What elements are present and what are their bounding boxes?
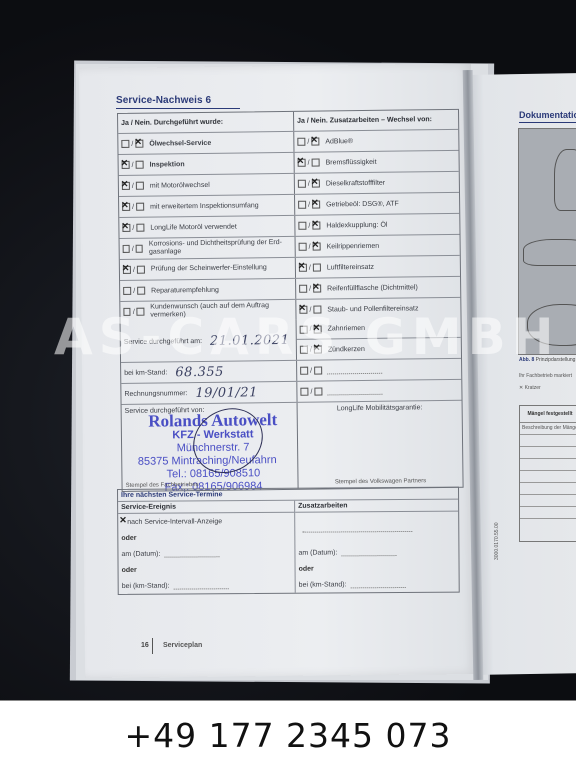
additional-item-label: Keilrippenriemen [327,242,380,250]
defects-table: Mängel festgestellt Beschreibung der Män… [519,405,576,542]
partner-stamp-footer: Stempel des Volkswagen Partners [335,478,426,485]
service-item: /Prüfung der Scheinwerfer-Einstellung [120,258,296,280]
service-item-label: mit erweitertem Inspektionsumfang [150,202,259,210]
additional-item-label: Bremsflüssigkeit [326,158,377,166]
additional-item-label: Luftfiltereinsatz [327,263,374,271]
additional-item-label: Reifenfüllflasche (Dichtmittel) [327,284,418,292]
partner-stamp-area: LongLife Mobilitätsgarantie: Stempel des… [298,401,463,489]
right-text: Ihr Fachbetrieb markiert [519,373,572,379]
service-item-label: mit Motorölwechsel [150,181,210,189]
service-item: /LongLife Motoröl verwendet [119,216,295,238]
checkbox[interactable] [136,182,144,190]
additional-work-column: Zusatzarbeiten am (Datum): oder bei (km-… [295,500,459,593]
right-title-underline [519,122,576,123]
additional-item-label: AdBlue® [325,138,353,145]
checkbox[interactable] [311,138,319,146]
additional-item-label: Haldexkupplung: Öl [326,221,387,229]
checkbox[interactable] [123,266,131,274]
section-name: Serviceplan [163,642,202,649]
checkbox[interactable] [136,245,143,253]
title-underline [116,108,240,109]
checkbox[interactable] [297,138,305,146]
service-item: /mit erweitertem Inspektionsumfang [119,195,295,217]
page-number: 16 [141,642,149,649]
header-left: Ja / Nein. Durchgeführt wurde: [118,112,294,133]
checkbox[interactable] [122,161,130,169]
interval-option: nach Service-Intervall-Anzeige [118,513,294,530]
car-side-icon [523,239,576,266]
km-value: 68.355 [175,364,224,380]
km-line: bei (km-Stand): [296,576,459,593]
date-line: am (Datum): [295,544,458,561]
service-item: /Korrosions- und Dichtheitsprüfung der E… [120,237,296,259]
phone-number[interactable]: +49 177 2345 073 [124,716,451,755]
invoice-cell: Rechnungsnummer: 19/01/21 [121,382,297,404]
footer-divider [152,638,153,654]
checkbox[interactable] [313,243,321,251]
header-right: Ja / Nein. Zusatzarbeiten – Wechsel von: [294,110,458,131]
checkbox[interactable] [122,182,130,190]
service-form: Ja / Nein. Durchgeführt wurde: Ja / Nein… [117,109,464,492]
or-label: oder [118,529,294,546]
page-title: Service-Nachweis 6 [116,95,211,106]
invoice-value: 19/01/21 [195,385,258,401]
km-label: bei km-Stand: [124,369,167,377]
car-front-icon [554,149,576,211]
or-label: oder [119,561,295,578]
additional-work-header: Zusatzarbeiten [295,500,458,513]
checkbox[interactable] [135,140,143,148]
service-item: /Inspektion [119,153,295,175]
checkbox[interactable] [298,222,306,230]
checkbox[interactable] [123,245,130,253]
checkbox[interactable] [299,243,307,251]
service-item-label: Reparaturempfehlung [151,286,219,294]
service-item-label: Korrosions- und Dichtheitsprüfung der Er… [149,239,292,257]
service-event-column: Service-Ereignis nach Service-Intervall-… [118,501,296,594]
checkbox[interactable] [123,287,131,295]
checkbox[interactable] [136,203,144,211]
document-photo: Service-Nachweis 6 Ja / Nein. Durchgefüh… [0,0,576,700]
checkbox[interactable] [299,264,307,272]
service-item-label: Inspektion [150,161,185,168]
additional-item: /Bremsflüssigkeit [294,151,458,173]
additional-item-label: Dieselkraftstofffilter [326,179,385,187]
service-item: /Ölwechsel-Service [118,132,294,154]
checkbox[interactable] [136,161,144,169]
mobility-label: LongLife Mobilitätsgarantie: [337,404,423,412]
additional-item-label: Getriebeöl: DSG®, ATF [326,200,399,208]
watermark: AS-CARS GMBH [54,308,560,366]
service-item-label: Prüfung der Scheinwerfer-Einstellung [151,264,267,273]
additional-item: /Dieselkraftstofffilter [295,172,459,194]
checkbox[interactable] [312,222,320,230]
service-item-label: Ölwechsel-Service [149,139,211,147]
checkbox[interactable] [136,224,144,232]
checkbox[interactable] [298,180,306,188]
workshop-stamp-area: Service durchgeführt von: Rolands Autowe… [122,403,299,491]
scratch-legend: ✕ Kratzer [519,385,541,391]
stamp-row: Service durchgeführt von: Rolands Autowe… [122,401,463,491]
checkbox[interactable] [298,201,306,209]
checkbox[interactable] [313,285,321,293]
extra-blank-item: / [297,380,461,402]
blank-line [295,512,458,545]
checkbox[interactable] [312,159,320,167]
service-item: /Reparaturempfehlung [120,279,296,301]
document-number: 3000.0170.55.00 [494,522,500,560]
checkbox[interactable] [313,264,321,272]
checkbox[interactable] [121,140,129,148]
service-item: /mit Motorölwechsel [119,174,295,196]
defects-header: Mängel festgestellt [520,406,576,423]
checkbox[interactable] [122,203,130,211]
date-line: am (Datum): [118,545,294,562]
phone-banner: +49 177 2345 073 [0,700,576,768]
additional-item: /Keilrippenriemen [296,235,460,257]
checkbox[interactable] [312,201,320,209]
additional-item: /Reifenfüllflasche (Dichtmittel) [296,277,460,299]
checkbox[interactable] [312,180,320,188]
checkbox[interactable] [137,287,145,295]
additional-item: /Luftfiltereinsatz [296,256,460,278]
right-page-title: Dokumentation [519,110,576,120]
additional-item: /Getriebeöl: DSG®, ATF [295,193,459,215]
km-line: bei (km-Stand): [119,577,295,594]
checkbox[interactable] [298,159,306,167]
invoice-label: Rechnungsnummer: [124,390,187,398]
checkbox[interactable] [137,266,145,274]
additional-item: /AdBlue® [294,130,458,152]
or-label: oder [296,560,459,577]
next-service-table: Ihre nächsten Service-Termine Service-Er… [117,487,460,595]
additional-item: /Haldexkupplung: Öl [295,214,459,236]
defects-description: Beschreibung der Mängel [520,423,576,435]
checkbox[interactable] [122,224,130,232]
checkbox[interactable] [299,285,307,293]
service-item-label: LongLife Motoröl verwendet [150,223,236,231]
